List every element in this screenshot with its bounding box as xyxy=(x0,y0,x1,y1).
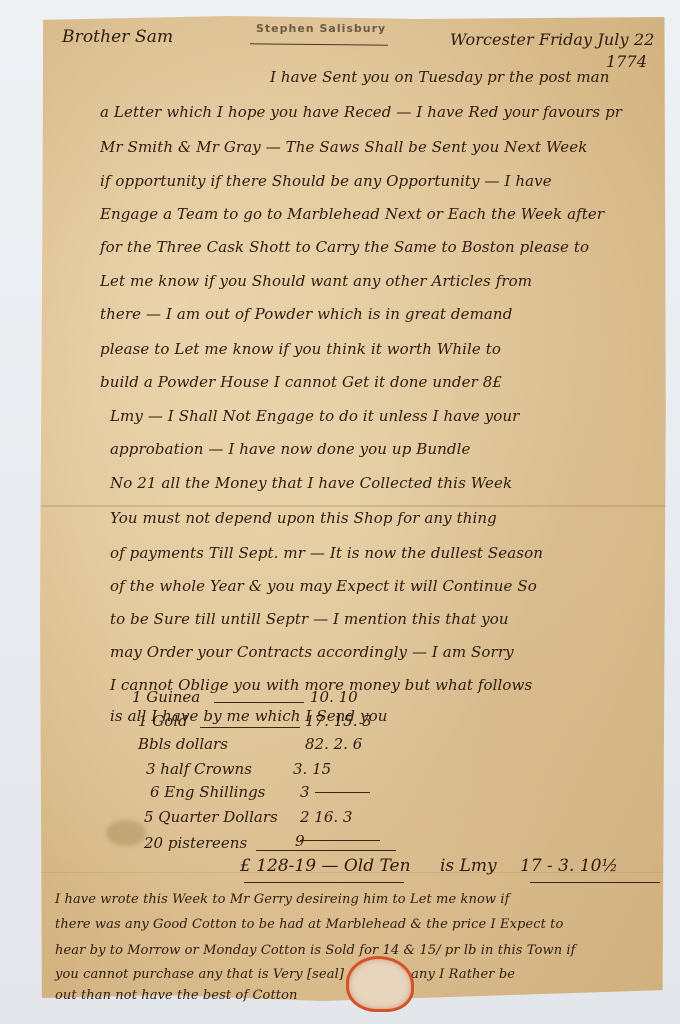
ledger-amount: 10. 10 xyxy=(310,688,358,706)
total-lawful-amount: 17 - 3. 10½ xyxy=(520,856,618,876)
ledger-item: 5 Quarter Dollars xyxy=(144,808,278,826)
ledger-item: Bbls dollars xyxy=(138,735,228,753)
body-line: Mr Smith & Mr Gray — The Saws Shall be S… xyxy=(100,138,587,156)
letter-paper xyxy=(40,14,667,1002)
body-line: You must not depend upon this Shop for a… xyxy=(110,509,497,527)
total-underline-right xyxy=(530,882,660,883)
total-lawful-label: is Lmy xyxy=(440,856,497,876)
archival-stamp: Stephen Salisbury xyxy=(256,22,386,35)
body-line: No 21 all the Money that I have Collecte… xyxy=(110,474,512,492)
total-old-tenor: £ 128-19 — Old Ten xyxy=(240,856,411,876)
body-line: a Letter which I hope you have Reced — I… xyxy=(100,103,622,121)
total-underline xyxy=(244,882,404,883)
body-line: for the Three Cask Shott to Carry the Sa… xyxy=(100,238,589,256)
body-line: build a Powder House I cannot Get it don… xyxy=(100,373,502,391)
body-line: there — I am out of Powder which is in g… xyxy=(100,305,512,323)
ledger-amount: 17. 15. 3 xyxy=(305,712,372,730)
body-line: Let me know if you Should want any other… xyxy=(100,272,532,290)
paper-stain xyxy=(106,820,146,846)
ledger-amount: 82. 2. 6 xyxy=(305,735,362,753)
postscript-line: you cannot purchase any that is Very [se… xyxy=(55,967,515,982)
ledger-item: 1 Gold xyxy=(138,712,188,730)
total-rule xyxy=(256,850,396,851)
ledger-dash xyxy=(315,792,370,793)
year: 1774 xyxy=(606,52,647,71)
body-line: of the whole Year & you may Expect it wi… xyxy=(110,577,537,595)
body-line: I have Sent you on Tuesday pr the post m… xyxy=(270,68,609,86)
body-line: if opportunity if there Should be any Op… xyxy=(100,172,552,190)
ledger-dash xyxy=(300,840,380,841)
ledger-amount: 3 xyxy=(300,783,310,801)
body-line: please to Let me know if you think it wo… xyxy=(100,340,501,358)
ledger-item: 3 half Crowns xyxy=(146,760,252,778)
ledger-amount: 2 16. 3 xyxy=(300,808,352,826)
ledger-item: 1 Guinea xyxy=(132,688,200,706)
ledger-dash xyxy=(200,727,300,728)
paper-fold-crease xyxy=(40,505,667,507)
body-line: Lmy — I Shall Not Engage to do it unless… xyxy=(110,407,519,425)
postscript-line: there was any Good Cotton to be had at M… xyxy=(55,917,563,932)
salutation: Brother Sam xyxy=(62,27,173,47)
body-line: to be Sure till untill Septr — I mention… xyxy=(110,610,509,628)
postscript-line: hear by to Morrow or Monday Cotton is So… xyxy=(55,943,576,958)
ledger-dash xyxy=(214,702,304,703)
ledger-item: 6 Eng Shillings xyxy=(150,783,265,801)
body-line: of payments Till Sept. mr — It is now th… xyxy=(110,544,543,562)
body-line: approbation — I have now done you up Bun… xyxy=(110,440,470,458)
postscript-line: out than not have the best of Cotton xyxy=(55,988,298,1003)
body-line: Engage a Team to go to Marblehead Next o… xyxy=(100,205,604,223)
ledger-amount: 9 xyxy=(295,832,305,850)
postscript-line: I have wrote this Week to Mr Gerry desir… xyxy=(55,892,510,907)
dateline: Worcester Friday July 22 xyxy=(450,30,654,49)
ledger-amount: 3. 15 xyxy=(293,760,331,778)
wax-seal-remnant xyxy=(346,956,414,1012)
body-line: may Order your Contracts accordingly — I… xyxy=(110,643,514,661)
ledger-item: 20 pistereens xyxy=(144,834,247,852)
